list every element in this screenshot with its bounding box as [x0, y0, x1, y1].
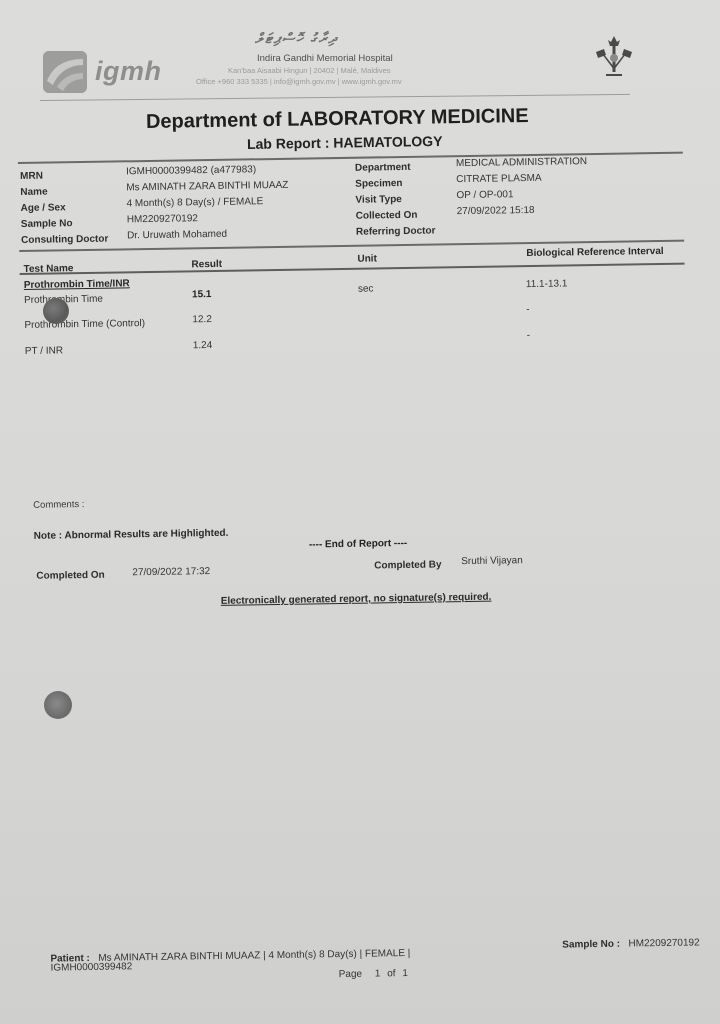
test-group-title: Prothrombin Time/INR: [24, 278, 130, 291]
visit-type-label: Visit Type: [355, 194, 401, 206]
punch-hole: [43, 298, 69, 324]
reference-pt: 11.1-13.1: [526, 278, 568, 290]
sample-no-value: HM2209270192: [127, 213, 198, 225]
footer-patient-mrn: IGMH0000399482: [50, 961, 132, 973]
visit-type-value: OP / OP-001: [456, 189, 513, 201]
table-header-rule: [20, 263, 685, 275]
name-label: Name: [20, 187, 47, 198]
specimen-value: CITRATE PLASMA: [456, 173, 542, 185]
department-label: Department: [355, 162, 411, 174]
result-inr: 1.24: [193, 340, 213, 351]
sample-no-label: Sample No: [21, 218, 73, 230]
specimen-label: Specimen: [355, 178, 402, 190]
electronic-report-notice: Electronically generated report, no sign…: [221, 592, 492, 607]
completed-by-value: Sruthi Vijayan: [461, 555, 523, 567]
age-sex-label: Age / Sex: [21, 202, 66, 214]
page-label: Page: [339, 969, 363, 980]
report-body: MRN IGMH0000399482 (a477983) Name Ms AMI…: [0, 0, 720, 1024]
result-pt-control: 12.2: [192, 314, 212, 325]
test-name-pt-control: Prothrombin Time (Control): [24, 318, 145, 331]
consulting-doctor-label: Consulting Doctor: [21, 234, 108, 246]
reference-pt-control: -: [526, 304, 530, 315]
collected-on-label: Collected On: [356, 210, 418, 222]
mrn-label: MRN: [20, 171, 43, 182]
col-reference: Biological Reference Interval: [526, 246, 663, 259]
completed-by-label: Completed By: [374, 559, 441, 571]
result-pt: 15.1: [192, 289, 212, 300]
mrn-value: IGMH0000399482 (a477983): [126, 164, 256, 177]
end-of-report: ---- End of Report ----: [309, 538, 407, 551]
comments-label: Comments :: [33, 499, 84, 511]
completed-on-label: Completed On: [36, 570, 105, 582]
unit-pt: sec: [358, 283, 374, 294]
page-indicator: Page 1 of 1: [339, 968, 408, 980]
page-of: of: [387, 968, 396, 979]
footer-sample-no-label: Sample No :: [562, 939, 620, 951]
name-value: Ms AMINATH ZARA BINTHI MUAAZ: [126, 180, 288, 194]
abnormal-note: Note : Abnormal Results are Highlighted.: [34, 528, 229, 542]
col-unit: Unit: [357, 253, 377, 264]
footer-sample-no-value: HM2209270192: [628, 937, 699, 949]
footer-sample-no: Sample No : HM2209270192: [562, 932, 700, 952]
punch-hole: [44, 691, 72, 719]
department-value: MEDICAL ADMINISTRATION: [456, 156, 587, 169]
age-sex-value: 4 Month(s) 8 Day(s) / FEMALE: [126, 196, 263, 209]
col-result: Result: [191, 259, 222, 270]
referring-doctor-label: Referring Doctor: [356, 225, 436, 237]
page-current: 1: [375, 968, 381, 979]
test-name-inr: PT / INR: [25, 345, 63, 357]
reference-inr: -: [527, 330, 531, 341]
lab-report-page: igmh ދިރާގު ހޮސްޕިޓަލް Indira Gandhi Mem…: [0, 0, 720, 1024]
consulting-doctor-value: Dr. Uruwath Mohamed: [127, 229, 227, 242]
footer-patient-value: Ms AMINATH ZARA BINTHI MUAAZ | 4 Month(s…: [98, 948, 410, 964]
page-total: 1: [402, 968, 408, 979]
completed-on-value: 27/09/2022 17:32: [132, 566, 210, 578]
collected-on-value: 27/09/2022 15:18: [457, 205, 535, 217]
